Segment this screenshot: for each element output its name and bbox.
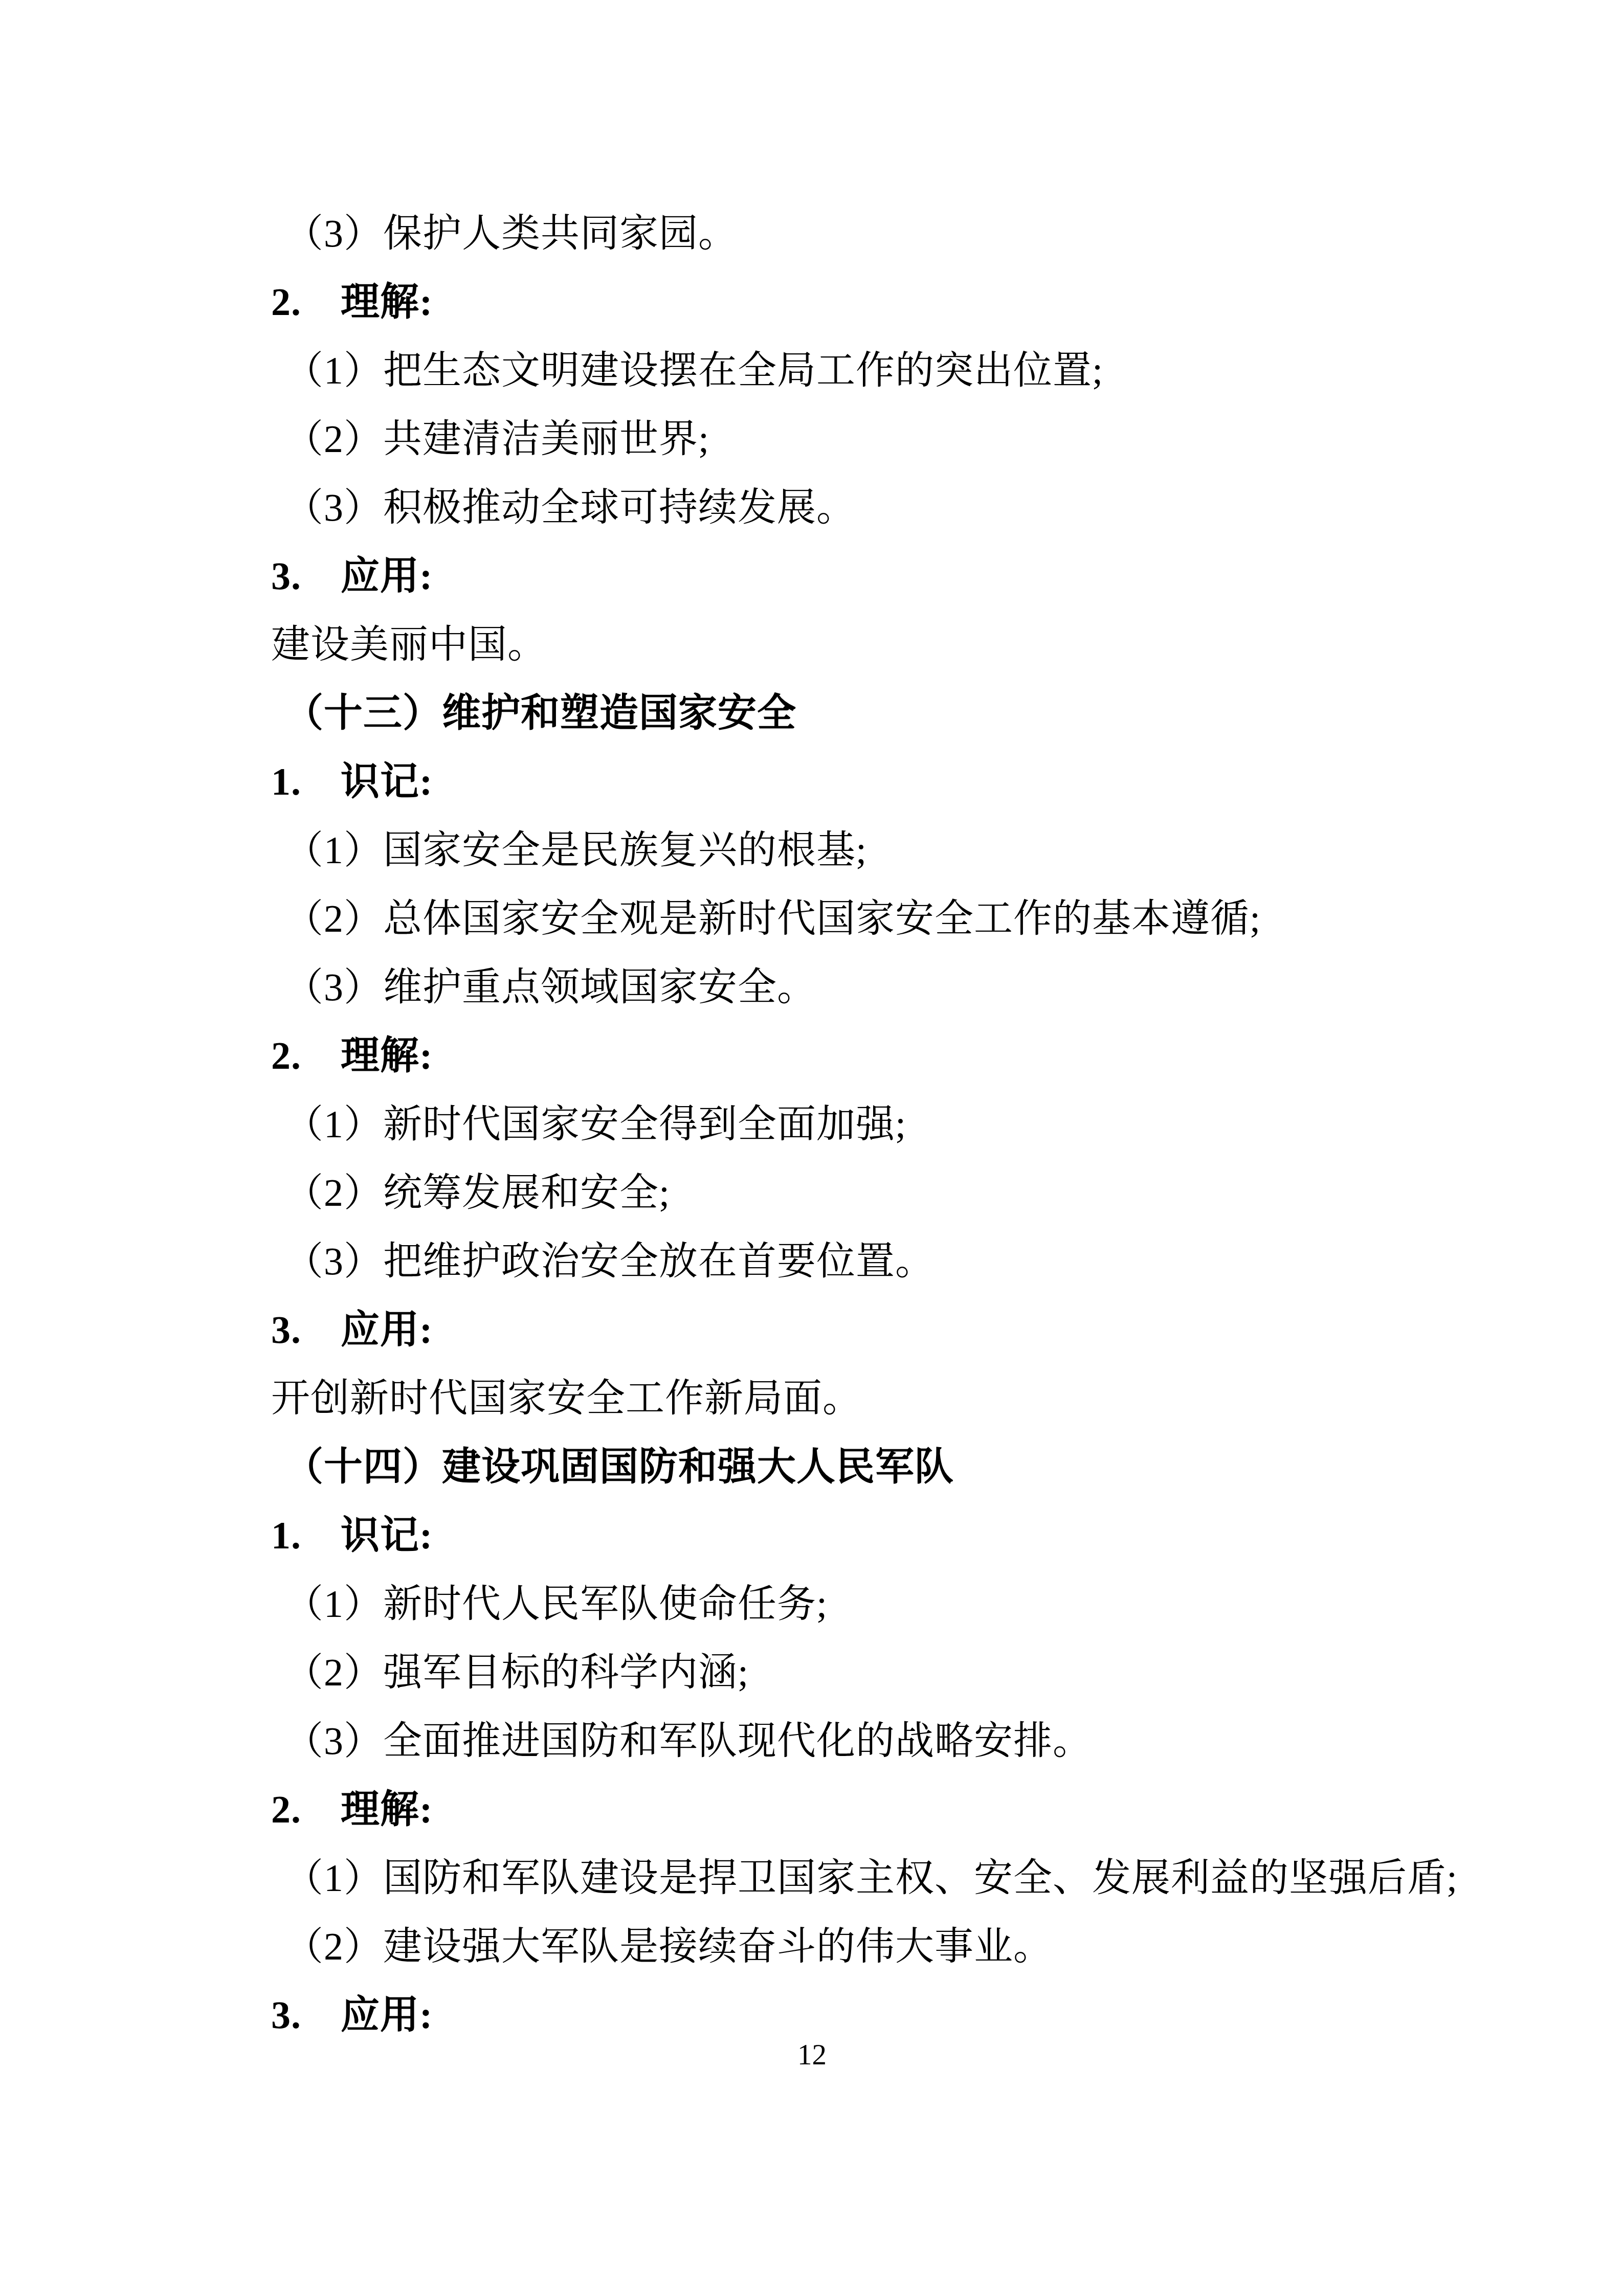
text-line-item: （1）国家安全是民族复兴的根基; [271, 816, 1550, 885]
text-line-heading: 3. 应用: [271, 542, 1550, 611]
text-line-item: （1）国防和军队建设是捍卫国家主权、安全、发展利益的坚强后盾; [271, 1844, 1550, 1912]
text-line-section: （十三）维护和塑造国家安全 [271, 679, 1550, 748]
text-line-item: （2）建设强大军队是接续奋斗的伟大事业。 [271, 1912, 1550, 1981]
text-line-item: （3）全面推进国防和军队现代化的战略安排。 [271, 1707, 1550, 1775]
text-line-item: （3）保护人类共同家园。 [271, 199, 1550, 268]
text-line-item: （3）维护重点领域国家安全。 [271, 953, 1550, 1022]
text-line-item: （2）共建清洁美丽世界; [271, 405, 1550, 474]
text-line-item: （2）统筹发展和安全; [271, 1159, 1550, 1227]
document-page: （3）保护人类共同家园。2. 理解:（1）把生态文明建设摆在全局工作的突出位置;… [0, 0, 1624, 2296]
text-line-item: （1）把生态文明建设摆在全局工作的突出位置; [271, 336, 1550, 405]
text-line-body: 建设美丽中国。 [271, 611, 1550, 679]
text-line-item: （3）积极推动全球可持续发展。 [271, 474, 1550, 542]
text-line-item: （2）总体国家安全观是新时代国家安全工作的基本遵循; [271, 885, 1550, 953]
text-line-item: （1）新时代国家安全得到全面加强; [271, 1090, 1550, 1159]
text-line-item: （3）把维护政治安全放在首要位置。 [271, 1227, 1550, 1296]
text-line-heading: 1. 识记: [271, 1501, 1550, 1570]
text-line-heading: 2. 理解: [271, 1775, 1550, 1844]
page-number: 12 [0, 2039, 1624, 2071]
text-line-heading: 2. 理解: [271, 1022, 1550, 1090]
text-line-section: （十四）建设巩固国防和强大人民军队 [271, 1433, 1550, 1501]
text-line-item: （2）强军目标的科学内涵; [271, 1638, 1550, 1707]
text-line-heading: 1. 识记: [271, 748, 1550, 816]
document-body: （3）保护人类共同家园。2. 理解:（1）把生态文明建设摆在全局工作的突出位置;… [271, 199, 1550, 2050]
text-line-body: 开创新时代国家安全工作新局面。 [271, 1364, 1550, 1433]
text-line-item: （1）新时代人民军队使命任务; [271, 1570, 1550, 1638]
text-line-heading: 2. 理解: [271, 268, 1550, 336]
text-line-heading: 3. 应用: [271, 1296, 1550, 1364]
